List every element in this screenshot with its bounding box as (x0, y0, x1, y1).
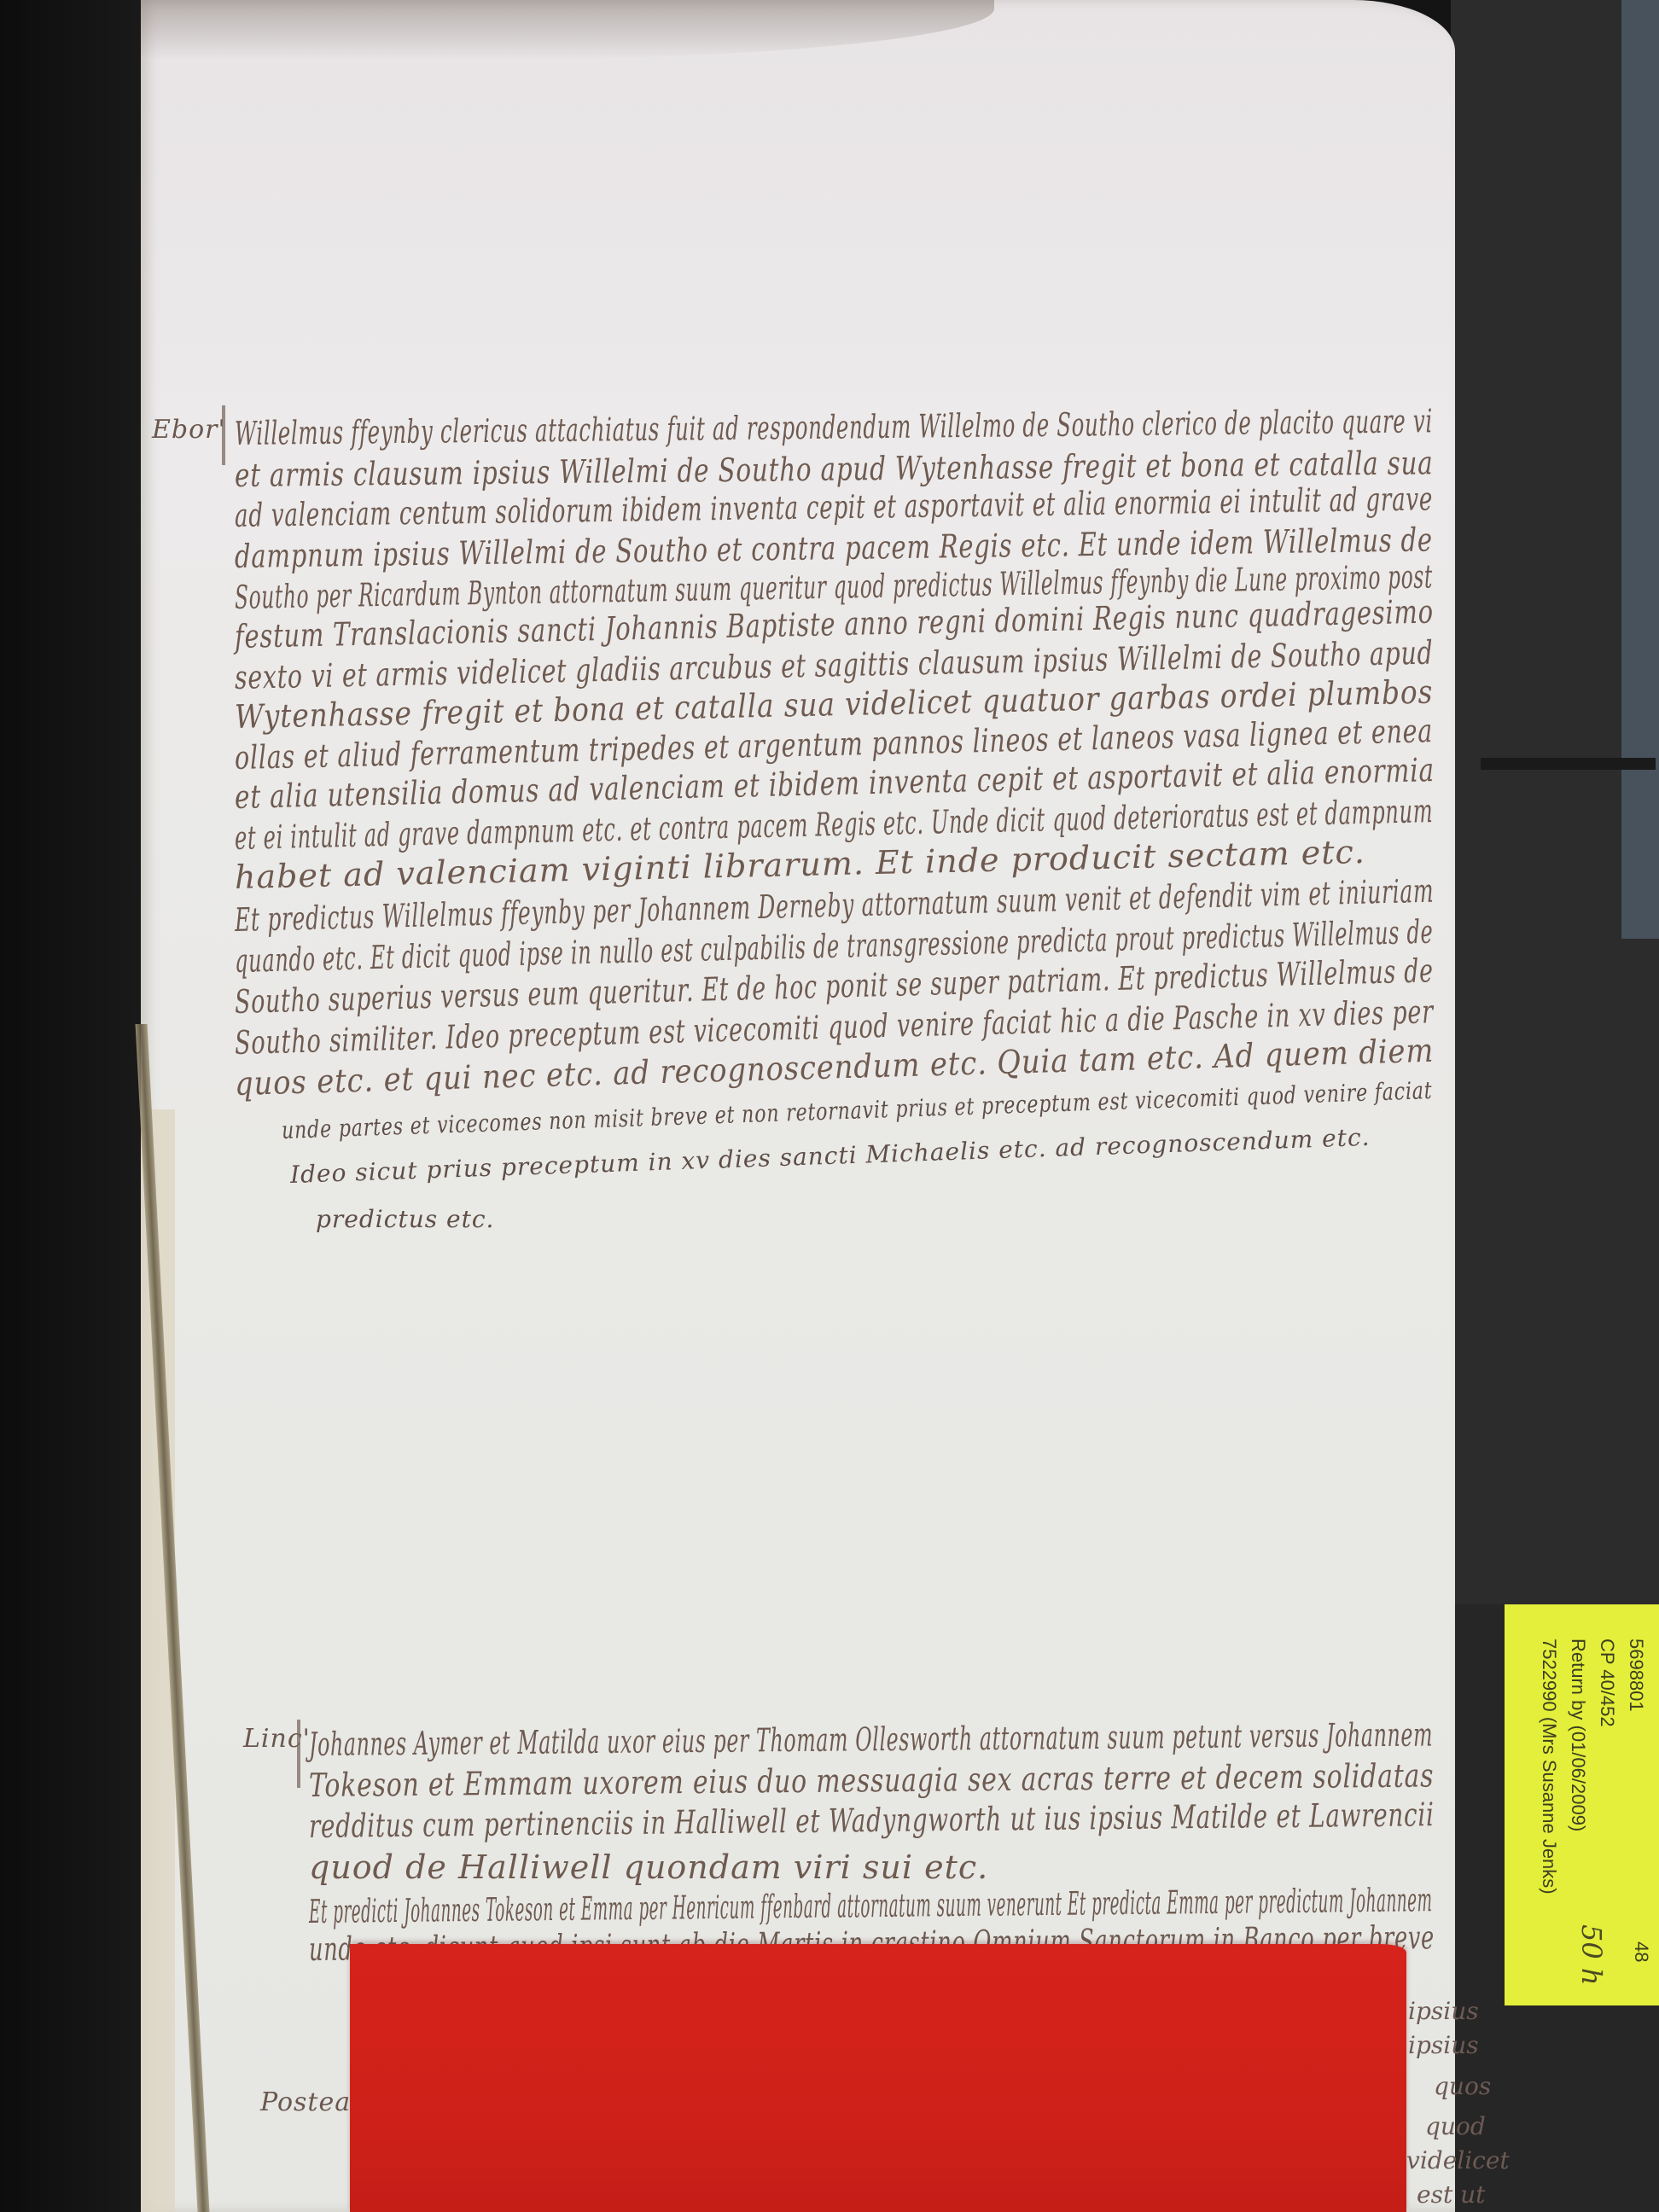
slip-return-date: Return by (01/06/2009) (1567, 1639, 1589, 1831)
slip-reference: CP 40/452 (1596, 1639, 1618, 1727)
margin-fragment: ipsius (1408, 2031, 1479, 2059)
paragraph-mark (222, 405, 225, 465)
note-line: predictus etc. (316, 1205, 494, 1233)
text-line: quod de Halliwell quondam viri sui etc. (309, 1848, 988, 1886)
margin-fragment: est ut (1417, 2180, 1485, 2209)
margin-label-county: Linc' (243, 1724, 311, 1754)
red-cloth-weight (350, 1944, 1406, 2212)
margin-fragment: ipsius (1408, 1997, 1479, 2025)
margin-fragment: quod (1425, 2112, 1486, 2140)
slip-handwritten-note: 50 h (1575, 1924, 1608, 1986)
slip-reader: 7522990 (Mrs Susanne Jenks) (1538, 1639, 1560, 1895)
margin-label-county: Ebor' (152, 415, 226, 445)
slip-item-number: 5698801 (1625, 1639, 1647, 1712)
margin-fragment: videlicet (1406, 2146, 1510, 2174)
blue-grey-board-edge (1621, 0, 1659, 939)
margin-label-postea: Postea (260, 2087, 351, 2117)
slip-count: 48 (1630, 1941, 1652, 1962)
paragraph-mark (297, 1720, 300, 1788)
felt-pad-seam (1481, 758, 1656, 770)
slip-text-block: 5698801 CP 40/452 Return by (01/06/2009)… (1505, 1604, 1659, 2005)
archive-request-slip: 5698801 CP 40/452 Return by (01/06/2009)… (1505, 1604, 1659, 2005)
margin-fragment: quos (1434, 2072, 1491, 2100)
